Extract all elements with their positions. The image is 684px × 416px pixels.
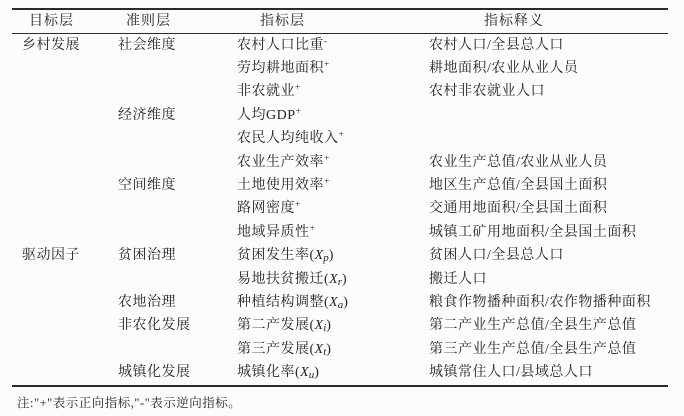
table-row: 第三产发展(Xt) 第三产业生产总值/全县生产总值 bbox=[12, 338, 668, 361]
target-cell bbox=[12, 57, 117, 80]
table-row: 非农化发展 第二产发展(Xi) 第二产业生产总值/全县生产总值 bbox=[12, 315, 668, 338]
indicator-cell: 土地使用效率+ bbox=[237, 174, 429, 197]
meaning-cell: 交通用地面积/全县国土面积 bbox=[429, 198, 668, 221]
criterion-cell: 城镇化发展 bbox=[117, 361, 237, 385]
target-cell bbox=[12, 291, 117, 314]
indicator-cell: 人均GDP+ bbox=[237, 104, 429, 127]
indicator-cell: 城镇化率(Xu) bbox=[237, 361, 429, 385]
criterion-cell: 贫困治理 bbox=[117, 245, 237, 268]
indicator-variable: X bbox=[300, 365, 309, 380]
indicator-variable: X bbox=[329, 272, 338, 287]
indicator-cell: 易地扶贫搬迁(Xr) bbox=[237, 268, 429, 291]
criterion-cell bbox=[117, 151, 237, 174]
header-target-layer: 目标层 bbox=[12, 9, 117, 34]
table-body: 乡村发展 社会维度 农村人口比重- 农村人口/全县总人口 劳均耕地面积+ 耕地面… bbox=[12, 34, 668, 386]
criterion-cell bbox=[117, 338, 237, 361]
indicator-text: 农民人均纯收入 bbox=[237, 131, 339, 146]
indicator-cell: 第三产发展(Xt) bbox=[237, 338, 429, 361]
indicator-text: 易地扶贫搬迁( bbox=[237, 272, 329, 287]
indicator-text: 路网密度 bbox=[237, 201, 295, 216]
criterion-cell: 非农化发展 bbox=[117, 315, 237, 338]
indicator-text: 劳均耕地面积 bbox=[237, 61, 324, 76]
criterion-cell: 社会维度 bbox=[117, 34, 237, 58]
indicator-close: ) bbox=[326, 318, 331, 333]
indicator-cell: 第二产发展(Xi) bbox=[237, 315, 429, 338]
table-row: 易地扶贫搬迁(Xr) 搬迁人口 bbox=[12, 268, 668, 291]
indicator-cell: 贫困发生率(Xp) bbox=[237, 245, 429, 268]
table-row: 农地治理 种植结构调整(Xa) 粮食作物播种面积/农作物播种面积 bbox=[12, 291, 668, 314]
indicator-cell: 非农就业+ bbox=[237, 81, 429, 104]
indicator-variable: X bbox=[315, 318, 324, 333]
target-cell bbox=[12, 81, 117, 104]
indicator-sign: + bbox=[295, 83, 300, 93]
indicator-sign: + bbox=[296, 107, 301, 117]
target-cell: 驱动因子 bbox=[12, 245, 117, 268]
target-cell: 乡村发展 bbox=[12, 34, 117, 58]
header-row: 目标层 准则层 指标层 指标释义 bbox=[12, 9, 668, 34]
indicator-text: 农村人口比重 bbox=[237, 38, 324, 53]
header-indicator-layer: 指标层 bbox=[237, 9, 429, 34]
indicator-cell: 劳均耕地面积+ bbox=[237, 57, 429, 80]
indicator-text: 第二产发展( bbox=[237, 318, 315, 333]
indicator-cell: 路网密度+ bbox=[237, 198, 429, 221]
meaning-cell: 城镇常住人口/县域总人口 bbox=[429, 361, 668, 385]
table-row: 农业生产效率+ 农业生产总值/农业从业人员 bbox=[12, 151, 668, 174]
target-cell bbox=[12, 221, 117, 244]
indicator-variable: X bbox=[315, 342, 324, 357]
paper-table-page: 目标层 准则层 指标层 指标释义 乡村发展 社会维度 农村人口比重- 农村人口/… bbox=[0, 0, 684, 416]
target-cell bbox=[12, 174, 117, 197]
meaning-cell: 农村人口/全县总人口 bbox=[429, 34, 668, 58]
table-row: 乡村发展 社会维度 农村人口比重- 农村人口/全县总人口 bbox=[12, 34, 668, 58]
target-cell bbox=[12, 268, 117, 291]
table-row: 非农就业+ 农村非农就业人口 bbox=[12, 81, 668, 104]
meaning-cell: 搬迁人口 bbox=[429, 268, 668, 291]
meaning-cell: 地区生产总值/全县国土面积 bbox=[429, 174, 668, 197]
indicator-close: ) bbox=[329, 248, 334, 263]
target-cell bbox=[12, 128, 117, 151]
table-footnote: 注:"+"表示正向指标,"-"表示逆向指标。 bbox=[17, 393, 241, 411]
target-cell bbox=[12, 361, 117, 385]
indicator-cell: 农村人口比重- bbox=[237, 34, 429, 58]
indicator-sign: + bbox=[310, 224, 315, 234]
meaning-cell: 城镇工矿用地面积/全县国土面积 bbox=[429, 221, 668, 244]
table-row: 经济维度 人均GDP+ bbox=[12, 104, 668, 127]
target-cell bbox=[12, 151, 117, 174]
indicator-cell: 农业生产效率+ bbox=[237, 151, 429, 174]
table-row: 地域异质性+ 城镇工矿用地面积/全县国土面积 bbox=[12, 221, 668, 244]
criterion-cell: 空间维度 bbox=[117, 174, 237, 197]
meaning-cell: 粮食作物播种面积/农作物播种面积 bbox=[429, 291, 668, 314]
indicator-variable: X bbox=[329, 295, 338, 310]
meaning-cell bbox=[429, 128, 668, 151]
criterion-cell bbox=[117, 81, 237, 104]
indicator-close: ) bbox=[314, 365, 319, 380]
indicator-text: 人均GDP bbox=[237, 108, 296, 123]
indicator-sign: + bbox=[295, 200, 300, 210]
criterion-cell bbox=[117, 221, 237, 244]
indicator-text: 第三产发展( bbox=[237, 342, 315, 357]
target-cell bbox=[12, 104, 117, 127]
meaning-cell bbox=[429, 104, 668, 127]
indicator-sign: + bbox=[324, 177, 329, 187]
indicator-sign: - bbox=[324, 37, 327, 47]
table-row: 路网密度+ 交通用地面积/全县国土面积 bbox=[12, 198, 668, 221]
table-row: 空间维度 土地使用效率+ 地区生产总值/全县国土面积 bbox=[12, 174, 668, 197]
meaning-cell: 第三产业生产总值/全县生产总值 bbox=[429, 338, 668, 361]
indicator-system-table: 目标层 准则层 指标层 指标释义 乡村发展 社会维度 农村人口比重- 农村人口/… bbox=[12, 8, 668, 387]
table-row: 驱动因子 贫困治理 贫困发生率(Xp) 贫困人口/全县总人口 bbox=[12, 245, 668, 268]
indicator-text: 城镇化率( bbox=[237, 365, 300, 380]
indicator-text: 农业生产效率 bbox=[237, 155, 324, 170]
target-cell bbox=[12, 198, 117, 221]
indicator-text: 种植结构调整( bbox=[237, 295, 329, 310]
header-criterion-layer: 准则层 bbox=[117, 9, 237, 34]
indicator-close: ) bbox=[326, 342, 331, 357]
indicator-text: 地域异质性 bbox=[237, 225, 310, 240]
meaning-cell: 农业生产总值/农业从业人员 bbox=[429, 151, 668, 174]
indicator-cell: 种植结构调整(Xa) bbox=[237, 291, 429, 314]
table-header: 目标层 准则层 指标层 指标释义 bbox=[12, 9, 668, 34]
indicator-sign: + bbox=[339, 130, 344, 140]
criterion-cell bbox=[117, 128, 237, 151]
indicator-close: ) bbox=[343, 295, 348, 310]
indicator-text: 土地使用效率 bbox=[237, 178, 324, 193]
table-row: 城镇化发展 城镇化率(Xu) 城镇常住人口/县域总人口 bbox=[12, 361, 668, 385]
indicator-close: ) bbox=[342, 272, 347, 287]
indicator-text: 贫困发生率( bbox=[237, 248, 315, 263]
meaning-cell: 农村非农就业人口 bbox=[429, 81, 668, 104]
table-row: 农民人均纯收入+ bbox=[12, 128, 668, 151]
meaning-cell: 第二产业生产总值/全县生产总值 bbox=[429, 315, 668, 338]
target-cell bbox=[12, 338, 117, 361]
criterion-cell: 农地治理 bbox=[117, 291, 237, 314]
criterion-cell bbox=[117, 57, 237, 80]
criterion-cell bbox=[117, 198, 237, 221]
indicator-sign: + bbox=[324, 154, 329, 164]
indicator-variable: X bbox=[315, 248, 324, 263]
indicator-sign: + bbox=[324, 60, 329, 70]
meaning-cell: 耕地面积/农业从业人员 bbox=[429, 57, 668, 80]
header-indicator-meaning: 指标释义 bbox=[429, 9, 668, 34]
indicator-cell: 地域异质性+ bbox=[237, 221, 429, 244]
table-row: 劳均耕地面积+ 耕地面积/农业从业人员 bbox=[12, 57, 668, 80]
indicator-text: 非农就业 bbox=[237, 84, 295, 99]
indicator-cell: 农民人均纯收入+ bbox=[237, 128, 429, 151]
meaning-cell: 贫困人口/全县总人口 bbox=[429, 245, 668, 268]
criterion-cell: 经济维度 bbox=[117, 104, 237, 127]
target-cell bbox=[12, 315, 117, 338]
criterion-cell bbox=[117, 268, 237, 291]
